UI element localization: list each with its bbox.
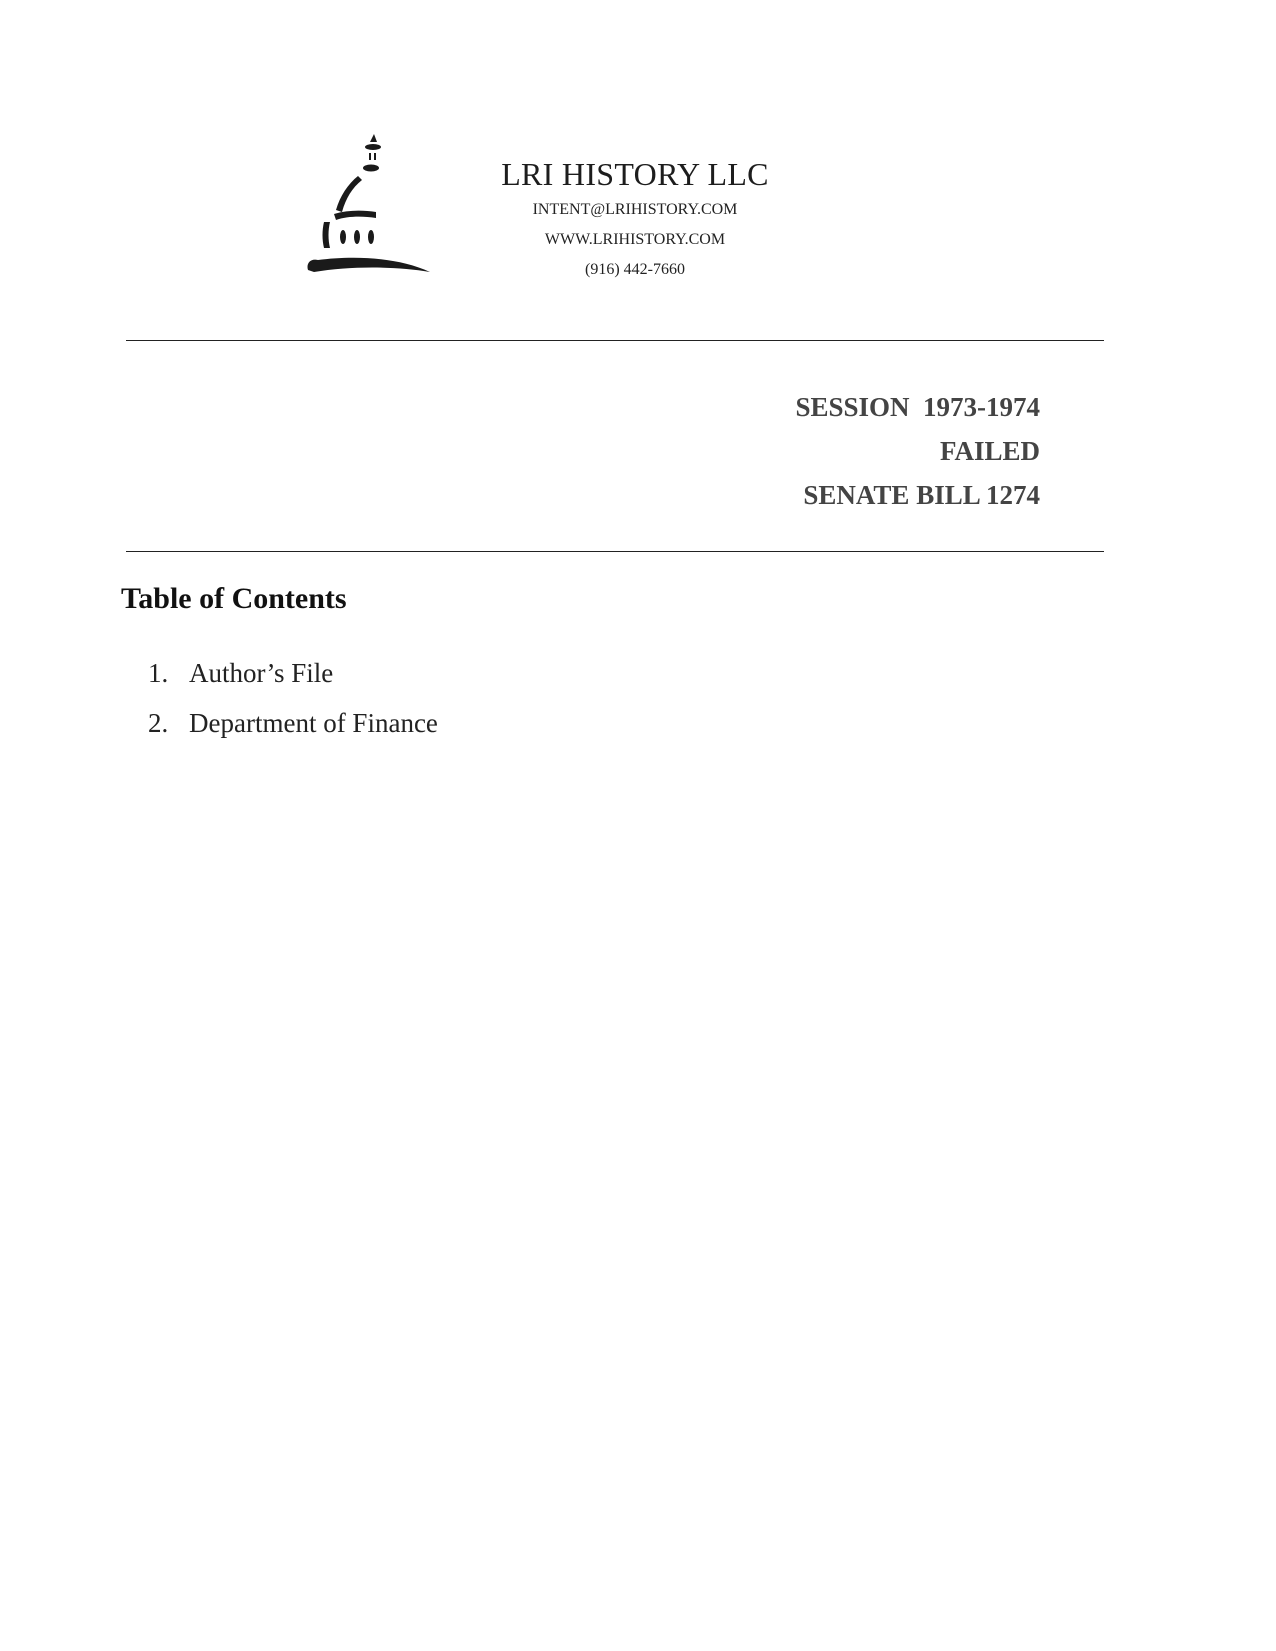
toc-item[interactable]: 1. Author’s File — [148, 648, 438, 698]
letterhead: LRI HISTORY LLC INTENT@LRIHISTORY.COM WW… — [470, 158, 800, 278]
contact-phone: (916) 442-7660 — [470, 262, 800, 278]
toc-item[interactable]: 2. Department of Finance — [148, 698, 438, 748]
toc-item-number: 2. — [148, 698, 189, 748]
toc-heading: Table of Contents — [121, 582, 347, 616]
capitol-dome-icon — [300, 130, 440, 290]
company-name: LRI HISTORY LLC — [470, 158, 800, 190]
toc-list: 1. Author’s File 2. Department of Financ… — [148, 648, 438, 748]
toc-item-number: 1. — [148, 648, 189, 698]
contact-website: WWW.LRIHISTORY.COM — [470, 232, 800, 248]
bill-info: SESSION 1973-1974 FAILED SENATE BILL 127… — [795, 385, 1040, 517]
section-divider — [126, 551, 1104, 552]
bill-status: FAILED — [795, 429, 1040, 473]
session-label: SESSION 1973-1974 — [795, 385, 1040, 429]
header-divider — [126, 340, 1104, 341]
bill-number: SENATE BILL 1274 — [795, 473, 1040, 517]
contact-email: INTENT@LRIHISTORY.COM — [470, 202, 800, 218]
toc-item-label: Author’s File — [189, 648, 333, 698]
toc-item-label: Department of Finance — [189, 698, 438, 748]
